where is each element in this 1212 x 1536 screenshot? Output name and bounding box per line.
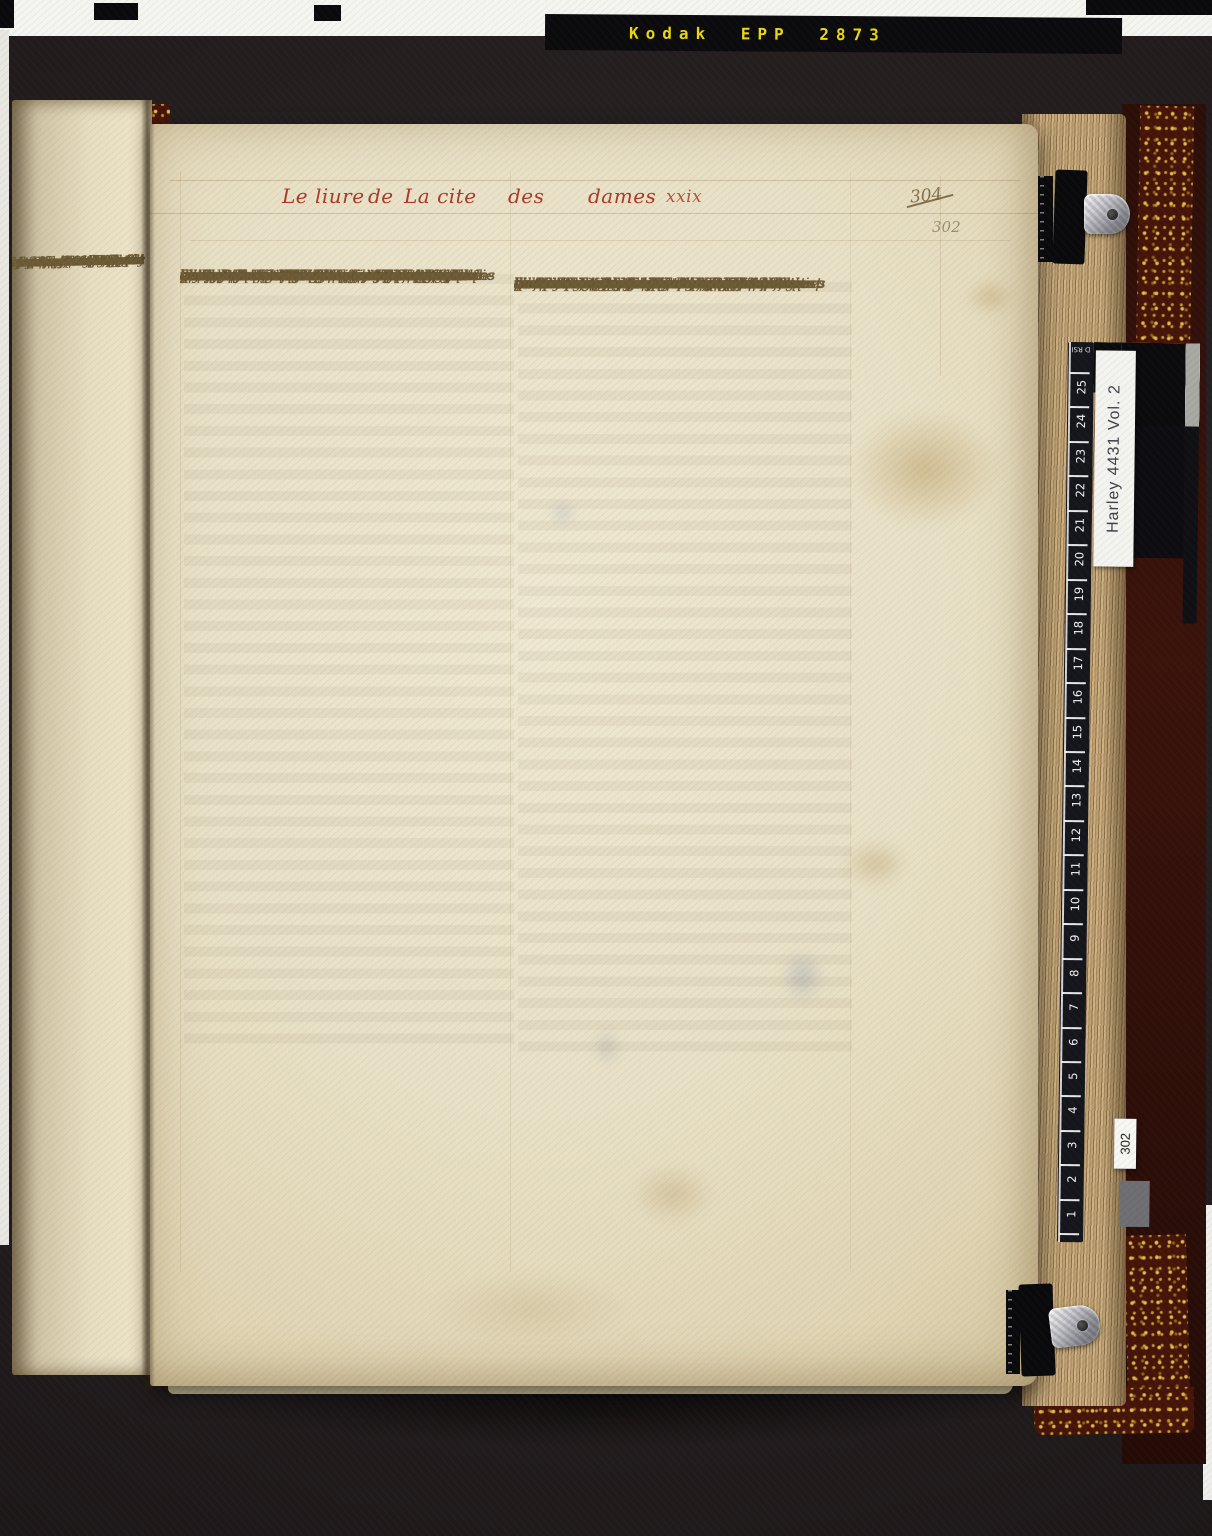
page-clip-scale (1006, 1290, 1020, 1374)
ruler-tick (1065, 751, 1085, 753)
ruler-number: 23 (1073, 444, 1085, 468)
ruler-number: 4 (1065, 1098, 1077, 1122)
parchment-stain (840, 839, 910, 889)
ruled-line-vertical (180, 172, 181, 1272)
ink-smudge (780, 949, 825, 1004)
manuscript-line: eurs citez et fortes places et profist p… (514, 274, 785, 296)
facing-line-text: mma la cite de (53, 249, 144, 273)
page-clip-top (1052, 169, 1087, 264)
facing-page-edge: demonstre quant ontrent de toutes fortes… (12, 100, 152, 1375)
facing-page-text: demonstre quant ontrent de toutes fortes… (12, 249, 150, 252)
calibration-bar: D RSI 2524232221201918171615141312111098… (1057, 342, 1202, 1244)
ruler-tick (1062, 958, 1082, 960)
page-clip-scale (1038, 176, 1053, 262)
ruler-number: 13 (1069, 788, 1081, 812)
gutter-shadow (141, 100, 155, 1390)
ruler-tick (1063, 923, 1083, 925)
manuscript-page: Le liuredeLa citedesdamesxxix 304 302 de… (150, 124, 1038, 1386)
ruler-number: 3 (1065, 1133, 1077, 1157)
ruler-tick (1065, 716, 1085, 718)
ruler-number: 6 (1066, 1030, 1078, 1054)
film-edge-left (0, 30, 9, 1245)
running-title-segment: des (508, 184, 544, 208)
facing-line: mma la cite de (12, 249, 150, 274)
ruler-number: 9 (1068, 926, 1080, 950)
pastel-patch (1185, 343, 1200, 426)
ruler-number: 2 (1065, 1167, 1077, 1191)
ruler-tick (1062, 1027, 1082, 1029)
ruler-tick (1060, 1199, 1080, 1201)
film-registration-mark (0, 0, 14, 28)
ruler-tick (1067, 579, 1087, 581)
ruler-number: 12 (1069, 823, 1081, 847)
running-title-segment: xxix (666, 187, 702, 207)
film-stock-text: Kodak EPP 2873 (629, 24, 886, 45)
ruler-number: 18 (1071, 616, 1083, 640)
ruler-tick (1066, 682, 1086, 684)
ruler-tick (1066, 648, 1086, 650)
ruled-line (170, 180, 1020, 181)
running-title-segment: de (368, 184, 394, 208)
manuscript-line: faire guerre si les vainqui et subiugua … (180, 266, 476, 288)
book-shadow (120, 1384, 1100, 1504)
ruler-number: 21 (1073, 513, 1085, 537)
ink-smudge (548, 500, 578, 526)
manuscript-photograph: Kodak EPP 2873 demonstre quant ontrent d… (0, 0, 1212, 1536)
ruler-tick (1068, 510, 1088, 512)
ruler-tick (1060, 1130, 1080, 1132)
ruler-number: 15 (1070, 720, 1082, 744)
ruler-number: 22 (1073, 478, 1085, 502)
ruler-tick (1069, 441, 1089, 443)
parchment-stain (630, 1164, 715, 1224)
film-registration-mark (314, 5, 341, 21)
ink-smudge (592, 1027, 622, 1067)
folio-tag-text: 302 (1118, 1133, 1133, 1155)
ruler-number: 16 (1071, 685, 1083, 709)
ruler-top-text: D RSI (1068, 345, 1094, 353)
gray-patch (1119, 1181, 1150, 1227)
gilt-tooling-top (1136, 106, 1195, 369)
ruler-number: 24 (1074, 410, 1086, 434)
ruler-number: 5 (1066, 1064, 1078, 1088)
ruler-number: 20 (1072, 547, 1084, 571)
ruler-number: 1 (1064, 1202, 1076, 1226)
film-registration-mark (94, 3, 138, 20)
running-title-segment: dames (588, 184, 656, 208)
gilt-tooling-bottom (1124, 1234, 1190, 1404)
parchment-stain (430, 1274, 630, 1344)
ruler-number: 10 (1068, 892, 1080, 916)
ruler-tick (1063, 889, 1083, 891)
ruler-tick (1062, 992, 1082, 994)
ruler-number: 14 (1070, 754, 1082, 778)
ruler-tick (1059, 1233, 1079, 1235)
ruler-number: 19 (1072, 582, 1084, 606)
ruler-number: 8 (1067, 961, 1079, 985)
show-through (518, 282, 852, 1062)
ruler-tick (1070, 372, 1090, 374)
ruler-number: 11 (1068, 857, 1080, 881)
ruler-number: 17 (1071, 651, 1083, 675)
ruled-line (190, 240, 1010, 241)
shelfmark-label: Harley 4431 Vol. 2 (1093, 350, 1136, 566)
parchment-stain (965, 279, 1015, 315)
ruler-tick (1061, 1061, 1081, 1063)
running-title-segment: Le liure (282, 184, 365, 208)
ruler-tick (1064, 820, 1084, 822)
ruler-tick (1067, 613, 1087, 615)
film-registration-mark (1086, 0, 1212, 15)
folio-tag-label: 302 (1114, 1119, 1137, 1169)
ruler-number: 7 (1067, 995, 1079, 1019)
ruler-number: 25 (1074, 375, 1086, 399)
shelfmark-text: Harley 4431 Vol. 2 (1105, 384, 1125, 533)
folio-number-new: 302 (932, 218, 961, 236)
metal-clasp-top (1084, 194, 1130, 234)
film-stock-label: Kodak EPP 2873 (545, 14, 1122, 54)
show-through (184, 274, 514, 1054)
running-title: Le liuredeLa citedesdamesxxix (150, 184, 1038, 214)
parchment-stain (850, 409, 1000, 529)
running-title-segment: La cite (404, 184, 477, 208)
